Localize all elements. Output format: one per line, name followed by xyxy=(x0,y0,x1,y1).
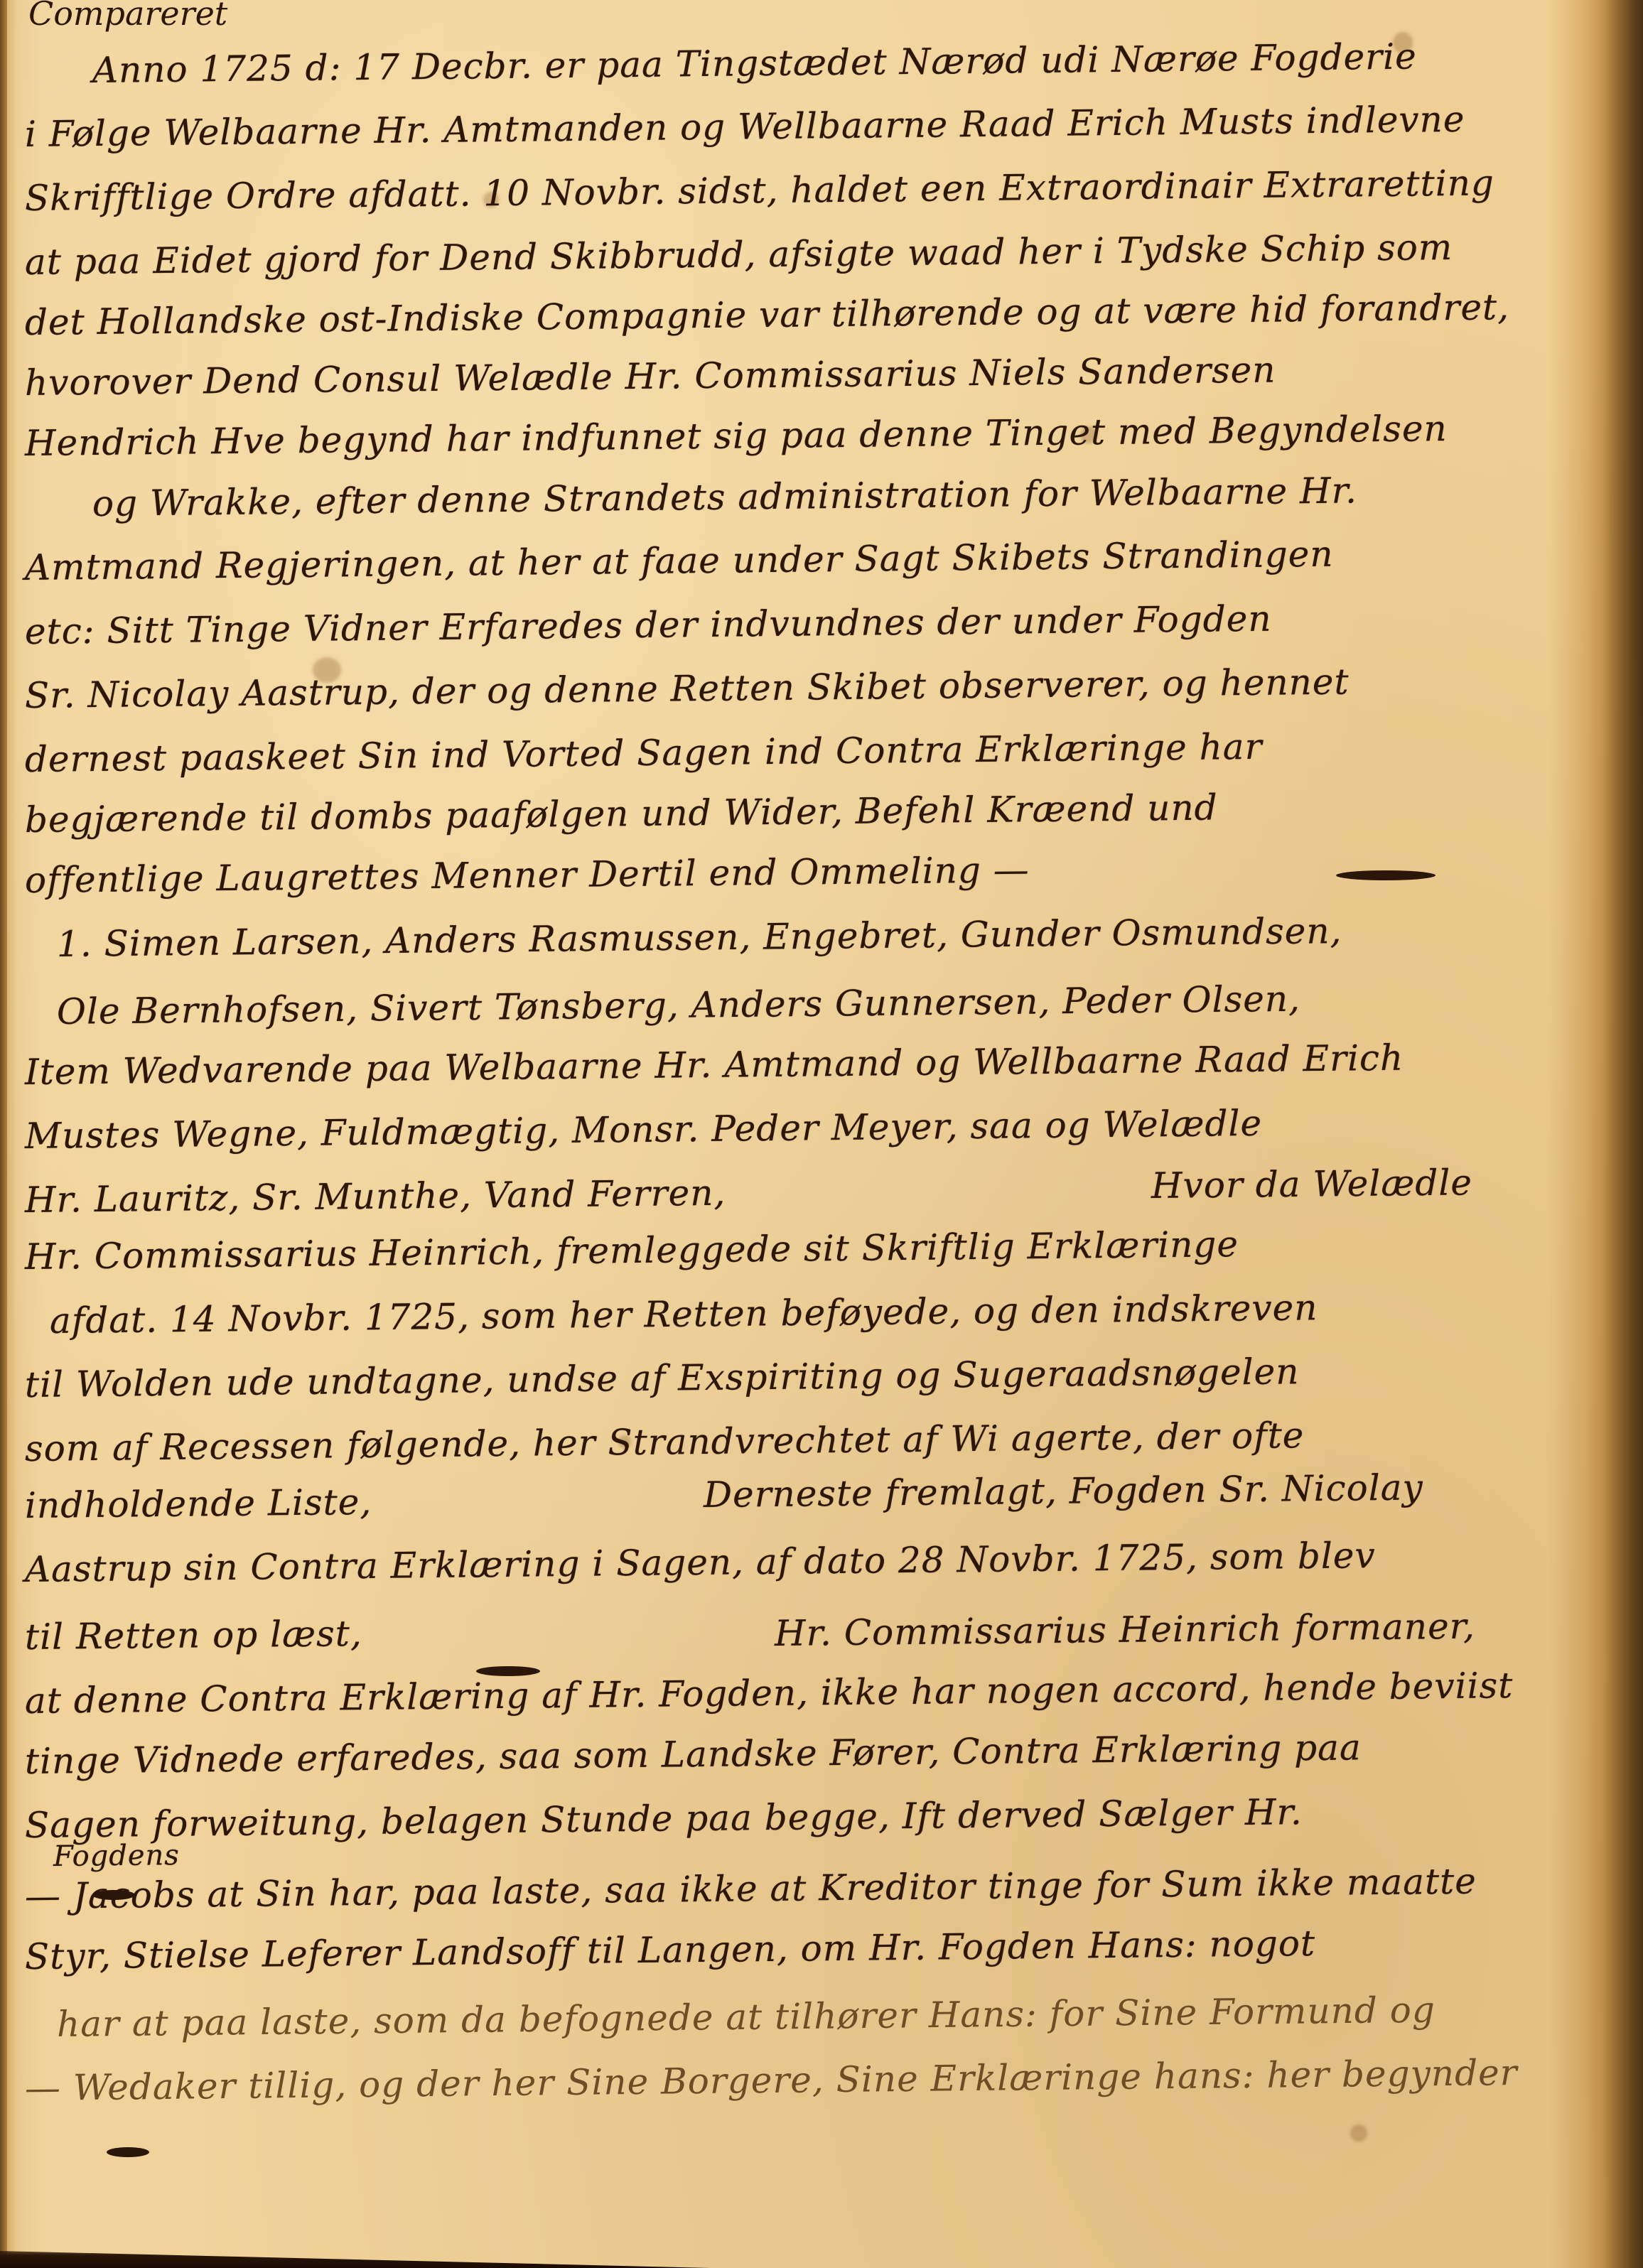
manuscript-line: etc: Sitt Tinge Vidner Erfaredes der ind… xyxy=(25,598,1272,652)
manuscript-line: Amtmand Regjeringen, at her at faae unde… xyxy=(25,534,1334,588)
page-header-fragment: Compareret xyxy=(28,0,227,33)
manuscript-line: til Retten op læst, xyxy=(25,1613,362,1658)
manuscript-line: Skrifftlige Ordre afdatt. 10 Novbr. sids… xyxy=(25,162,1494,219)
manuscript-line: Ole Bernhofsen, Sivert Tønsberg, Anders … xyxy=(57,978,1301,1032)
manuscript-page: Compareret Anno 1725 d: 17 Decbr. er paa… xyxy=(0,0,1643,2268)
page-bottom-shadow xyxy=(0,2240,711,2268)
manuscript-line: 1. Simen Larsen, Anders Rasmussen, Engeb… xyxy=(57,910,1342,965)
manuscript-line: offentlige Laugrettes Menner Dertil end … xyxy=(25,849,1030,901)
manuscript-line: Anno 1725 d: 17 Decbr. er paa Tingstædet… xyxy=(92,36,1417,91)
manuscript-line: — Jacobs at Sin har, paa laste, saa ikke… xyxy=(25,1861,1477,1917)
manuscript-line: at denne Contra Erklæring af Hr. Fogden,… xyxy=(25,1665,1514,1722)
ink-flourish-dash xyxy=(1336,870,1435,880)
manuscript-line: har at paa laste, som da befognede at ti… xyxy=(57,1989,1435,2045)
manuscript-line: Mustes Wegne, Fuldmægtig, Monsr. Peder M… xyxy=(25,1103,1263,1157)
book-binding-shadow xyxy=(1604,0,1643,2268)
manuscript-line: og Wrakke, efter denne Strandets adminis… xyxy=(92,470,1357,524)
manuscript-line: til Wolden ude undtagne, undse af Exspir… xyxy=(25,1351,1300,1405)
ink-flourish-dash xyxy=(107,2147,149,2157)
manuscript-line: — Wedaker tillig, og der her Sine Borger… xyxy=(25,2052,1518,2109)
manuscript-line: Hr. Commissarius Heinrich, fremleggede s… xyxy=(25,1224,1239,1278)
manuscript-line: hvorover Dend Consul Welædle Hr. Commiss… xyxy=(25,350,1276,404)
manuscript-line: Styr, Stielse Leferer Landsoff til Lange… xyxy=(25,1923,1316,1977)
manuscript-line: Sagen forweitung, belagen Stunde paa beg… xyxy=(25,1791,1303,1846)
manuscript-line: Hendrich Hve begynd har indfunnet sig pa… xyxy=(25,408,1448,464)
manuscript-line: Sr. Nicolay Aastrup, der og denne Retten… xyxy=(25,661,1350,716)
manuscript-line: afdat. 14 Novbr. 1725, som her Retten be… xyxy=(50,1287,1318,1341)
manuscript-line: det Hollandske ost-Indiske Compagnie var… xyxy=(25,286,1510,343)
manuscript-line: i Følge Welbaarne Hr. Amtmanden og Wellb… xyxy=(25,99,1465,155)
manuscript-line: Fogdens xyxy=(53,1839,180,1873)
page-left-edge xyxy=(0,0,7,2268)
manuscript-line: Hvor da Welædle xyxy=(1151,1162,1473,1206)
manuscript-line: begjærende til dombs paafølgen und Wider… xyxy=(25,787,1218,841)
manuscript-line: Hr. Commissarius Heinrich formaner, xyxy=(775,1606,1476,1654)
manuscript-line: tinge Vidnede erfaredes, saa som Landske… xyxy=(25,1727,1362,1782)
manuscript-line: at paa Eidet gjord for Dend Skibbrudd, a… xyxy=(25,227,1453,283)
manuscript-line: indholdende Liste, xyxy=(25,1481,372,1526)
manuscript-line: Item Wedvarende paa Welbaarne Hr. Amtman… xyxy=(25,1037,1404,1093)
manuscript-line: Hr. Lauritz, Sr. Munthe, Vand Ferren, xyxy=(25,1172,726,1221)
manuscript-line: Derneste fremlagt, Fogden Sr. Nicolay xyxy=(704,1467,1423,1516)
foxing-stain xyxy=(1350,2124,1367,2142)
manuscript-line: som af Recessen følgende, her Strandvrec… xyxy=(25,1415,1305,1469)
manuscript-line: dernest paaskeet Sin ind Vorted Sagen in… xyxy=(25,726,1263,780)
manuscript-line: Aastrup sin Contra Erklæring i Sagen, af… xyxy=(25,1535,1376,1590)
